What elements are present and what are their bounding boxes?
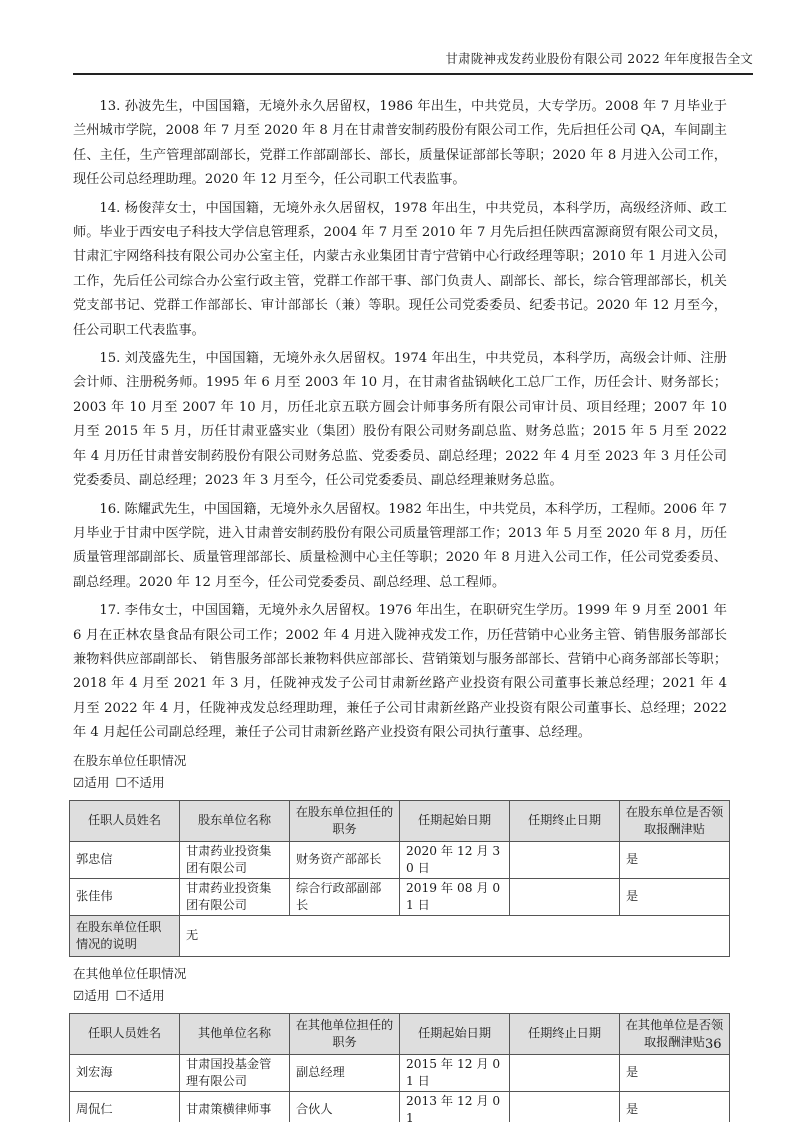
table-cell: 甘肃国投基金管理有限公司 xyxy=(180,1054,290,1091)
column-header: 在股东单位担任的职务 xyxy=(290,800,400,841)
table-cell xyxy=(510,1054,620,1091)
table-cell: 周侃仁 xyxy=(70,1091,180,1122)
column-header: 任职人员姓名 xyxy=(70,1013,180,1054)
unchecked-box-not-applicable: ☐不适用 xyxy=(115,988,164,1003)
header-divider xyxy=(73,73,753,75)
table-cell: 郭忠信 xyxy=(70,841,180,878)
table-cell xyxy=(510,841,620,878)
table-cell: 是 xyxy=(620,841,730,878)
table-row: 周侃仁 甘肃策横律师事 合伙人 2013 年 12 月 01 是 xyxy=(70,1091,730,1122)
report-header-title: 甘肃陇神戎发药业股份有限公司 2022 年年度报告全文 xyxy=(445,49,753,67)
column-header: 任职人员姓名 xyxy=(70,800,180,841)
table-cell: 甘肃策横律师事 xyxy=(180,1091,290,1122)
bio-paragraph-15: 15. 刘茂盛先生，中国国籍，无境外永久居留权。1974 年出生，中共党员，本科… xyxy=(73,347,727,493)
table-cell: 2019 年 08 月 01 日 xyxy=(400,878,510,915)
table-cell: 张佳伟 xyxy=(70,878,180,915)
table-cell: 甘肃药业投资集团有限公司 xyxy=(180,841,290,878)
shareholder-section-title: 在股东单位任职情况 xyxy=(73,750,727,772)
column-header: 其他单位名称 xyxy=(180,1013,290,1054)
other-positions-table: 任职人员姓名 其他单位名称 在其他单位担任的职务 任期起始日期 任期终止日期 在… xyxy=(69,1013,730,1122)
column-header: 任期终止日期 xyxy=(510,1013,620,1054)
other-section-title: 在其他单位任职情况 xyxy=(73,963,727,985)
column-header: 任期起始日期 xyxy=(400,1013,510,1054)
column-header: 在其他单位担任的职务 xyxy=(290,1013,400,1054)
column-header: 任期起始日期 xyxy=(400,800,510,841)
column-header: 股东单位名称 xyxy=(180,800,290,841)
table-cell xyxy=(510,878,620,915)
shareholder-applicability: ☑适用☐不适用 xyxy=(73,772,727,794)
table-row: 郭忠信 甘肃药业投资集团有限公司 财务资产部部长 2020 年 12 月 30 … xyxy=(70,841,730,878)
column-header: 在股东单位是否领取报酬津贴 xyxy=(620,800,730,841)
table-cell: 2015 年 12 月 01 日 xyxy=(400,1054,510,1091)
unchecked-box-not-applicable: ☐不适用 xyxy=(115,775,164,790)
checked-box-applicable: ☑适用 xyxy=(73,988,109,1003)
note-label-cell: 在股东单位任职情况的说明 xyxy=(70,915,180,956)
bio-paragraph-16: 16. 陈耀武先生，中国国籍，无境外永久居留权。1982 年出生，中共党员，本科… xyxy=(73,498,727,596)
other-applicability: ☑适用☐不适用 xyxy=(73,985,727,1007)
table-cell: 是 xyxy=(620,1091,730,1122)
table-cell: 副总经理 xyxy=(290,1054,400,1091)
table-note-row: 在股东单位任职情况的说明 无 xyxy=(70,915,730,956)
checked-box-applicable: ☑适用 xyxy=(73,775,109,790)
note-value-cell: 无 xyxy=(180,915,730,956)
table-row: 刘宏海 甘肃国投基金管理有限公司 副总经理 2015 年 12 月 01 日 是 xyxy=(70,1054,730,1091)
table-header-row: 任职人员姓名 股东单位名称 在股东单位担任的职务 任期起始日期 任期终止日期 在… xyxy=(70,800,730,841)
document-body: 13. 孙波先生，中国国籍，无境外永久居留权，1986 年出生，中共党员，大专学… xyxy=(73,95,727,1122)
page-number: 36 xyxy=(705,1037,722,1052)
shareholder-positions-table: 任职人员姓名 股东单位名称 在股东单位担任的职务 任期起始日期 任期终止日期 在… xyxy=(69,800,730,957)
bio-paragraph-13: 13. 孙波先生，中国国籍，无境外永久居留权，1986 年出生，中共党员，大专学… xyxy=(73,95,727,193)
column-header: 任期终止日期 xyxy=(510,800,620,841)
table-header-row: 任职人员姓名 其他单位名称 在其他单位担任的职务 任期起始日期 任期终止日期 在… xyxy=(70,1013,730,1054)
table-row: 张佳伟 甘肃药业投资集团有限公司 综合行政部副部长 2019 年 08 月 01… xyxy=(70,878,730,915)
table-cell: 2020 年 12 月 30 日 xyxy=(400,841,510,878)
table-cell: 甘肃药业投资集团有限公司 xyxy=(180,878,290,915)
bio-paragraph-14: 14. 杨俊萍女士，中国国籍，无境外永久居留权，1978 年出生，中共党员，本科… xyxy=(73,197,727,343)
table-cell: 综合行政部副部长 xyxy=(290,878,400,915)
table-cell xyxy=(510,1091,620,1122)
bio-paragraph-17: 17. 李伟女士，中国国籍，无境外永久居留权。1976 年出生，在职研究生学历。… xyxy=(73,599,727,745)
table-cell: 是 xyxy=(620,1054,730,1091)
table-cell: 是 xyxy=(620,878,730,915)
table-cell: 2013 年 12 月 01 xyxy=(400,1091,510,1122)
table-cell: 财务资产部部长 xyxy=(290,841,400,878)
table-cell: 合伙人 xyxy=(290,1091,400,1122)
table-cell: 刘宏海 xyxy=(70,1054,180,1091)
